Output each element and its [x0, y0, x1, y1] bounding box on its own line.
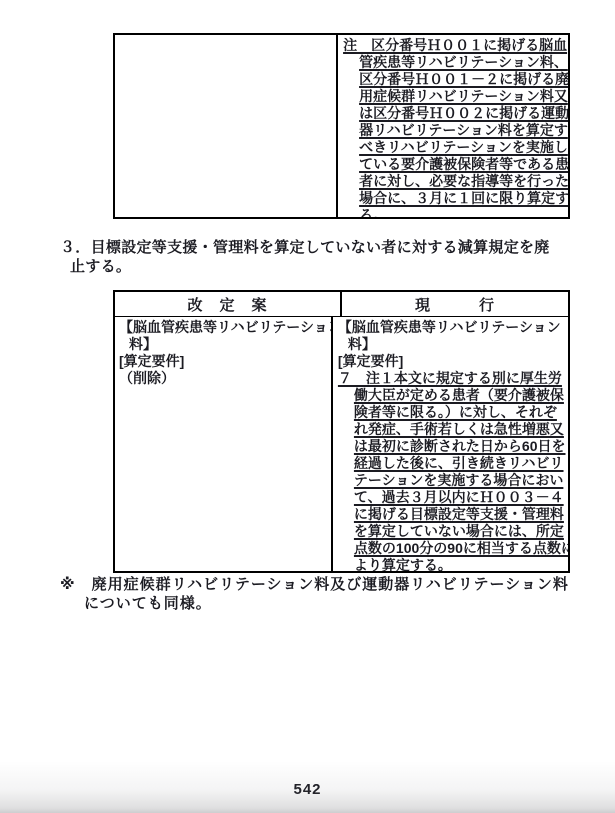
text-line: は区分番号Ｈ００２に掲げる運動 [343, 105, 565, 122]
text-line: 止する。 [60, 257, 550, 276]
asterisk-footnote: ※ 廃用症候群リハビリテーション料及び運動器リハビリテーション料についても同様。 [60, 575, 569, 613]
text-line: 注 区分番号Ｈ００１に掲げる脳血 [343, 37, 565, 54]
comparison-table: 改 定 案 現 行 【脳血管疾患等リハビリテーション料】[算定要件]（削除） 【… [113, 290, 570, 573]
text-line: 【脳血管疾患等リハビリテーション [119, 319, 328, 336]
text-line: 場合に、３月に１回に限り算定す [343, 190, 565, 207]
text-line: る。 [343, 207, 565, 217]
text-line: 管疾患等リハビリテーション料、 [343, 54, 565, 71]
revised-plan-cell: 【脳血管疾患等リハビリテーション料】[算定要件]（削除） [115, 317, 333, 571]
text-line: 者に対し、必要な指導等を行った [343, 173, 565, 190]
page-number: 542 [0, 781, 615, 798]
text-line: べきリハビリテーションを実施し [343, 139, 565, 156]
text-line: れ発症、手術若しくは急性増悪又 [338, 421, 565, 438]
text-line: 用症候群リハビリテーション料又 [343, 88, 565, 105]
text-line: 料】 [338, 336, 565, 353]
revision-table-top: 注 区分番号Ｈ００１に掲げる脳血管疾患等リハビリテーション料、区分番号Ｈ００１－… [113, 33, 570, 219]
text-line: 【脳血管疾患等リハビリテーション [338, 319, 565, 336]
text-line: ※ 廃用症候群リハビリテーション料及び運動器リハビリテーション料 [60, 575, 569, 594]
text-line: 器リハビリテーション料を算定す [343, 122, 565, 139]
text-line: テーションを実施する場合におい [338, 472, 565, 489]
text-line: 険者等に限る。）に対し、それぞ [338, 404, 565, 421]
comparison-table-body: 【脳血管疾患等リハビリテーション料】[算定要件]（削除） 【脳血管疾患等リハビリ… [115, 317, 568, 571]
text-line: に掲げる目標設定等支援・管理料 [338, 506, 565, 523]
current-rule-note-cell: 注 区分番号Ｈ００１に掲げる脳血管疾患等リハビリテーション料、区分番号Ｈ００１－… [338, 35, 568, 217]
header-revised-plan: 改 定 案 [115, 292, 342, 316]
text-line: 料】 [119, 336, 328, 353]
text-line: て、過去３月以内にＨ００３－４ [338, 489, 565, 506]
text-line: ている要介護被保険者等である患 [343, 156, 565, 173]
revised-plan-cell-empty [115, 35, 338, 217]
text-line: [算定要件] [119, 353, 328, 370]
header-current: 現 行 [342, 292, 568, 316]
section-3-heading: ３．目標設定等支援・管理料を算定していない者に対する減算規定を廃止する。 [60, 238, 550, 276]
text-line: [算定要件] [338, 353, 565, 370]
text-line: を算定していない場合には、所定 [338, 523, 565, 540]
text-line: 働大臣が定める患者（要介護被保 [338, 387, 565, 404]
document-page: 注 区分番号Ｈ００１に掲げる脳血管疾患等リハビリテーション料、区分番号Ｈ００１－… [0, 0, 615, 813]
text-line: （削除） [119, 370, 328, 387]
current-rule-cell: 【脳血管疾患等リハビリテーション料】[算定要件]７ 注１本文に規定する別に厚生労… [333, 317, 568, 571]
text-line: ７ 注１本文に規定する別に厚生労 [338, 370, 565, 387]
text-line: ３．目標設定等支援・管理料を算定していない者に対する減算規定を廃 [60, 238, 550, 257]
text-line: 経過した後に、引き続きリハビリ [338, 455, 565, 472]
text-line: は最初に診断された日から60日を [338, 438, 565, 455]
text-line: 点数の100分の90に相当する点数に [338, 540, 565, 557]
text-line: についても同様。 [60, 594, 569, 613]
comparison-table-header-row: 改 定 案 現 行 [115, 292, 568, 317]
text-line: 区分番号Ｈ００１－２に掲げる廃 [343, 71, 565, 88]
text-line: より算定する。 [338, 557, 565, 571]
